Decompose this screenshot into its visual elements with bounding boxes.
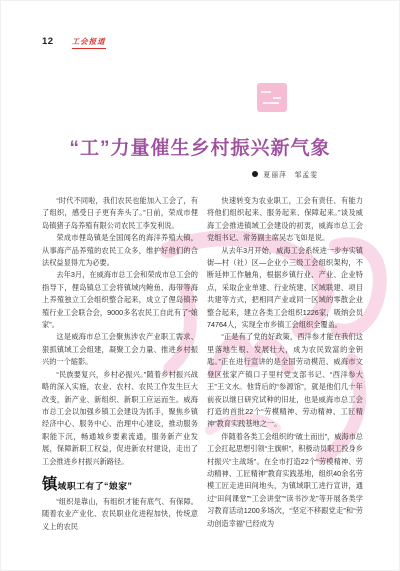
section-label: 工会报道 (72, 36, 106, 49)
paragraph: “时代不同啦，我们农民也能加入工会了，有了组织，感受日子更有奔头了。”日前，荣成… (42, 195, 198, 232)
section-heading: 镇 域职工有了“娘家” (42, 477, 198, 493)
left-column: “时代不同啦，我们农民也能加入工会了，有了组织，感受日子更有奔头了。”日前，荣成… (42, 195, 198, 533)
paragraph: 去年3月，在威海市总工会和荣成市总工会的指导下，俚岛镇总工会将镇域内鲍鱼、海带等… (42, 269, 198, 331)
running-header: 12 工会报道 (0, 0, 400, 49)
magazine-page: 12 工会报道 “工”力量催生乡村振兴新气象 夏丽萍 邹孟雯 “时代不同啦，我们… (0, 0, 400, 571)
paragraph: “正是有了党的好政策，西洋参才能在我们这里落地生根、发展壮大，成为农民致富的金钥… (207, 331, 363, 430)
paragraph: “民族要复兴，乡村必振兴。”随着乡村振兴战略的深入实施，农业、农村、农民工作发生… (42, 369, 198, 468)
paragraph: 荣成市俚岛镇是全国闻名的海洋养殖大镇，从事海产品养殖的农民工众多，维护好他们的合… (42, 232, 198, 269)
author-bullet-icon (252, 171, 258, 177)
article-body: “时代不同啦，我们农民也能加入工会了，有了组织，感受日子更有奔头了。”日前，荣成… (42, 195, 363, 533)
paragraph: 从去年3月开始，威海工会系统进一步夯实镇街—村（社）区—企业小三级工会组织架构，… (207, 245, 363, 332)
paragraph: 伴随着各类工会组织的“破土而出”，威海市总工会扛起思想引领“主旗帜”，积极动员职… (207, 431, 363, 530)
paragraph: “组织是靠山，有组织才能有底气、有保障。随着农业产业化、农民职业化进程加快，传统… (42, 496, 198, 533)
article-title: “工”力量催生乡村振兴新气象 (0, 133, 400, 160)
paragraph: 这是威海市总工会聚焦涉农产业职工需求、狠抓镇域工会组建，凝聚工会力量、推进乡村振… (42, 331, 198, 368)
page-number: 12 (42, 36, 54, 47)
section-heading-text: 域职工有了“娘家” (58, 479, 133, 492)
author-names: 夏丽萍 邹孟雯 (263, 169, 318, 179)
right-column: 快速转变为农业职工，工会有责任、有能力将他们组织起来、服务起来、保障起来。”谈及… (207, 195, 363, 533)
section-heading-dropcap: 镇 (42, 477, 58, 493)
byline: 夏丽萍 邹孟雯 (0, 169, 400, 179)
paragraph: 快速转变为农业职工，工会有责任、有能力将他们组织起来、服务起来、保障起来。”谈及… (207, 195, 363, 245)
